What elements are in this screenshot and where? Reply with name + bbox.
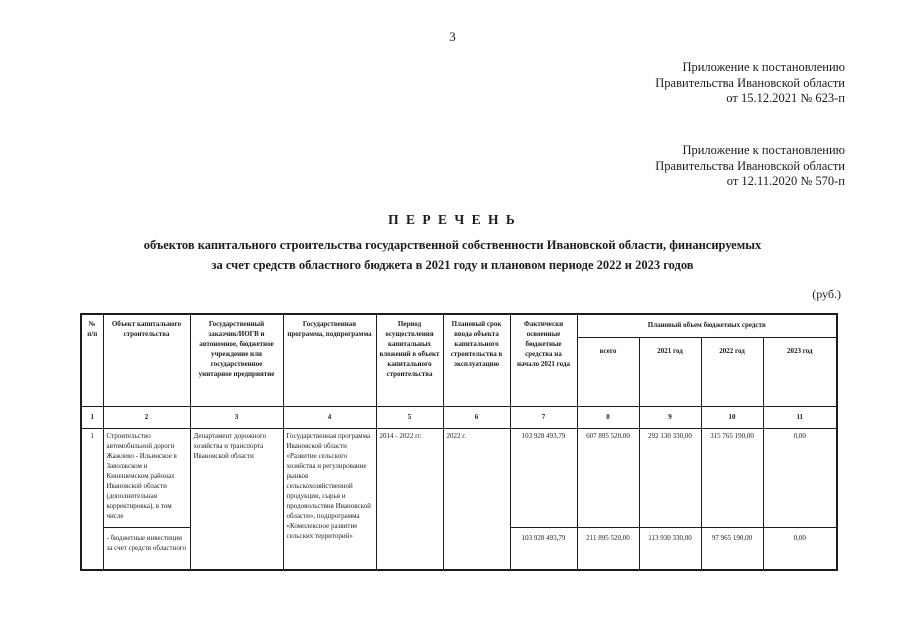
cell-2023: 0,00 — [763, 527, 837, 570]
cell-total: 607 895 520,00 — [577, 428, 639, 527]
col-header-customer: Государственный заказчик/ИОГВ и автономн… — [190, 314, 283, 406]
appendix-line: Приложение к постановлению — [655, 60, 845, 76]
column-number: 2 — [103, 406, 190, 428]
col-header-total: всего — [577, 337, 639, 406]
appendix-reference-2: Приложение к постановлению Правительства… — [655, 143, 845, 190]
col-header-2021: 2021 год — [639, 337, 701, 406]
appendix-line: от 15.12.2021 № 623-п — [655, 91, 845, 107]
cell-2022: 315 765 190,00 — [701, 428, 763, 527]
column-number-row: 1 2 3 4 5 6 7 8 9 10 11 — [81, 406, 837, 428]
cell-customer: Департамент дорожного хозяйства и трансп… — [190, 428, 283, 570]
document-page: 3 Приложение к постановлению Правительст… — [0, 0, 905, 640]
table-row: 1 Строительство автомобильной дороги Жаж… — [81, 428, 837, 527]
col-header-num: № п/п — [81, 314, 103, 406]
cell-2023: 0,00 — [763, 428, 837, 527]
col-header-actual-funds: Фактически освоенные бюджетные средства … — [510, 314, 577, 406]
currency-note: (руб.) — [812, 287, 841, 302]
column-number: 9 — [639, 406, 701, 428]
column-number: 6 — [443, 406, 510, 428]
appendix-line: Правительства Ивановской области — [655, 159, 845, 175]
col-header-2023: 2023 год — [763, 337, 837, 406]
cell-deadline: 2022 г. — [443, 428, 510, 570]
document-subtitle-line: за счет средств областного бюджета в 202… — [0, 255, 905, 275]
column-number: 7 — [510, 406, 577, 428]
cell-row-num: 1 — [81, 428, 103, 570]
appendix-line: Правительства Ивановской области — [655, 76, 845, 92]
document-title-block: П Е Р Е Ч Е Н Ь объектов капитального ст… — [0, 212, 905, 275]
column-number: 1 — [81, 406, 103, 428]
budget-table: № п/п Объект капитального строительства … — [80, 313, 838, 571]
document-title: П Е Р Е Ч Е Н Ь — [0, 212, 905, 228]
page-number: 3 — [0, 29, 905, 45]
cell-period: 2014 - 2022 гг. — [376, 428, 443, 570]
cell-object: Строительство автомобильной дороги Жажле… — [103, 428, 190, 527]
cell-actual-funds: 103 928 493,79 — [510, 428, 577, 527]
cell-object-detail: - бюджетные инвестиции за счет средств о… — [103, 527, 190, 570]
appendix-line: Приложение к постановлению — [655, 143, 845, 159]
col-header-2022: 2022 год — [701, 337, 763, 406]
column-number: 4 — [283, 406, 376, 428]
cell-actual-funds: 103 928 493,79 — [510, 527, 577, 570]
cell-2021: 292 130 330,00 — [639, 428, 701, 527]
col-header-deadline: Плановый срок ввода объекта капитального… — [443, 314, 510, 406]
cell-total: 211 895 520,00 — [577, 527, 639, 570]
col-header-planned-group: Плановый объем бюджетных средств — [577, 314, 837, 337]
col-header-object: Объект капитального строительства — [103, 314, 190, 406]
appendix-reference-1: Приложение к постановлению Правительства… — [655, 60, 845, 107]
cell-2021: 113 930 330,00 — [639, 527, 701, 570]
col-header-program: Государственная программа, подпрограмма — [283, 314, 376, 406]
column-number: 10 — [701, 406, 763, 428]
cell-2022: 97 965 190,00 — [701, 527, 763, 570]
cell-program: Государственная программа Ивановской обл… — [283, 428, 376, 570]
column-number: 11 — [763, 406, 837, 428]
document-subtitle-line: объектов капитального строительства госу… — [0, 235, 905, 255]
column-number: 5 — [376, 406, 443, 428]
column-number: 3 — [190, 406, 283, 428]
table-header-row: № п/п Объект капитального строительства … — [81, 314, 837, 337]
column-number: 8 — [577, 406, 639, 428]
appendix-line: от 12.11.2020 № 570-п — [655, 174, 845, 190]
col-header-period: Период осуществления капитальных вложени… — [376, 314, 443, 406]
